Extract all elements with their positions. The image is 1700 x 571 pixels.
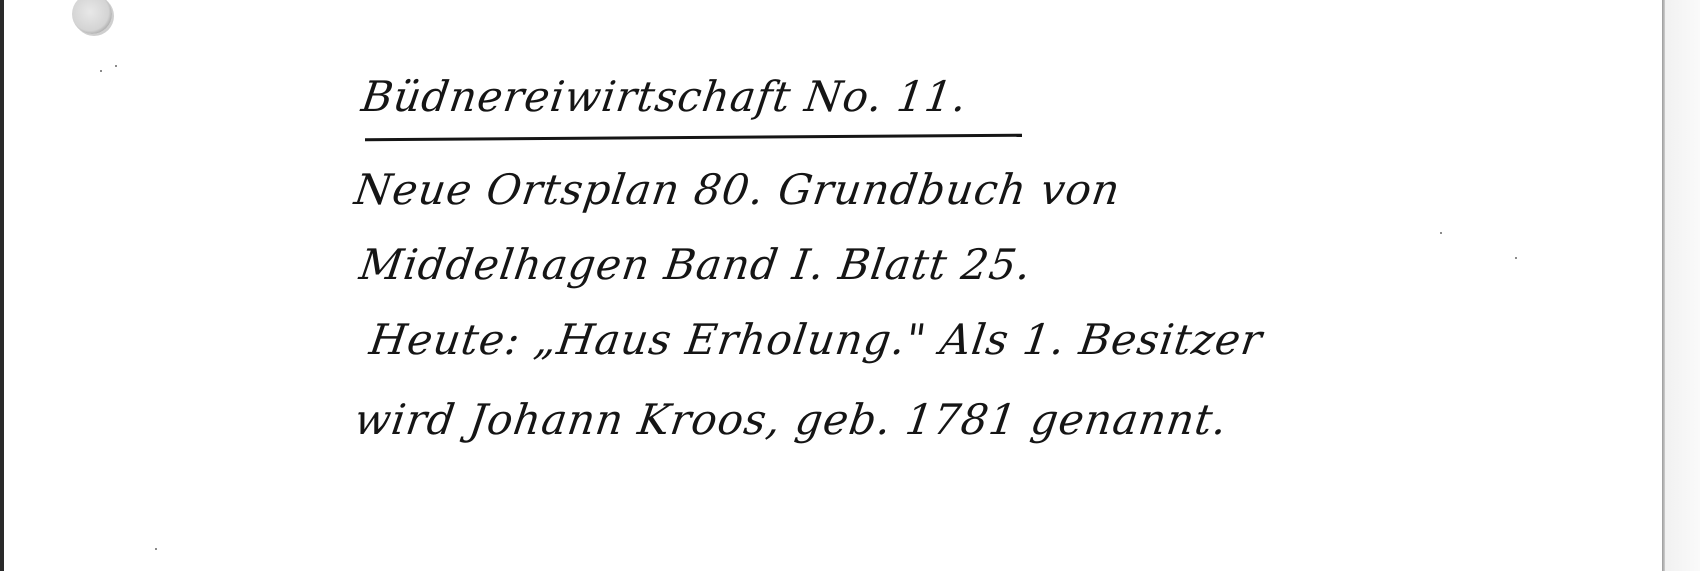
paper-speck (1515, 257, 1517, 259)
paper-speck (155, 548, 157, 550)
paper-speck (115, 65, 117, 67)
scan-left-border (0, 0, 4, 571)
text-line-2: Middelhagen Band I. Blatt 25. (357, 240, 1035, 289)
text-line-4: wird Johann Kroos, geb. 1781 genannt. (352, 395, 1231, 444)
document-title: Büdnereiwirtschaft No. 11. (359, 72, 971, 121)
title-underline (365, 134, 1022, 142)
punch-hole-icon (72, 0, 112, 34)
text-line-3: Heute: „Haus Erholung." Als 1. Besitzer (367, 315, 1266, 364)
paper-right-edge (1662, 0, 1665, 571)
scan-right-margin (1665, 0, 1700, 571)
paper-speck (1440, 232, 1442, 234)
paper-speck (100, 70, 102, 72)
text-line-1: Neue Ortsplan 80. Grundbuch von (352, 165, 1124, 214)
